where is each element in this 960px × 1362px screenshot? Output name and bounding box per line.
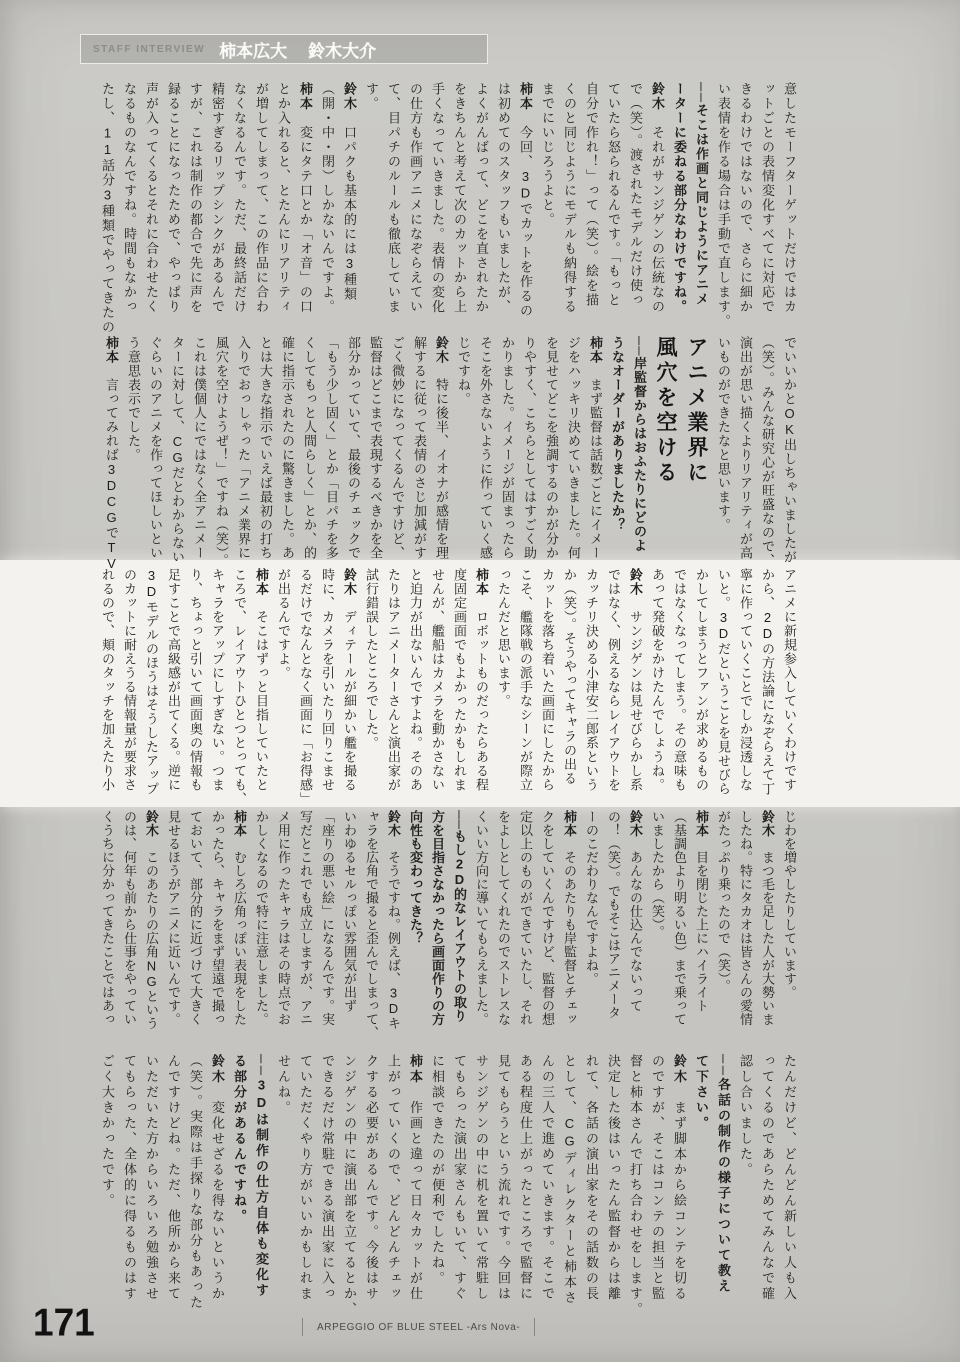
text-column: い表情を作る場合は手動で直します。	[712, 82, 734, 330]
text-column: ターに対して、CGだとわからない	[166, 336, 188, 564]
text-column: ていたら怒られるんです。「もっと	[602, 82, 624, 330]
text-column: これは僕個人にではなく全アニメー	[188, 336, 210, 564]
text-column: の仕方も作画アニメになぞらえてい	[404, 82, 426, 330]
text-column: す。	[360, 82, 382, 330]
text-column: ごく大きかったです。	[96, 1054, 118, 1318]
interviewer-question-line: ──そこは作画と同じようにアニメ	[690, 82, 712, 330]
text-column: すが、これは制作の都合で先に声を	[184, 82, 206, 330]
text-column: くのと同じようにモデルも納得する	[558, 82, 580, 330]
text-column: ンジゲンの中に演出部を立てるとか、	[338, 1054, 360, 1318]
text-column: サンジゲンの中に机を置いて常駐し	[470, 1054, 492, 1318]
speaker-text-column: 柿本 目を閉じた上にハイライト	[690, 810, 712, 1046]
speaker-text-column: 鈴木 まず脚本から絵コンテを切る	[668, 1054, 690, 1318]
text-column: キャラをアップにしすぎない。つま	[206, 568, 228, 806]
text-column: ってくるのであらためてみんなで確	[756, 1054, 778, 1318]
text-column: カットを落ち着いた画面にしたから	[536, 568, 558, 806]
text-column: ではなく、例えるならレイアウトを	[602, 568, 624, 806]
text-column: るだけでなんとなく画面に「お得感」	[294, 568, 316, 806]
text-column: ではなくなってしまう。その意味も	[668, 568, 690, 806]
speaker-text-column: 鈴木 変化せざるを得ないというか	[206, 1054, 228, 1318]
speaker-text-column: 柿本 まず監督は話数ごとにイメー	[584, 336, 606, 564]
text-column: ある程度仕上がったところで監督に	[514, 1054, 536, 1318]
text-column: 寧に作っていくことでしか浸透しな	[734, 568, 756, 806]
speaker-text-column: 鈴木 それがサンジゲンの伝統なの	[646, 82, 668, 330]
speaker-text-column: 柿本 そのあたりも岸監督とチェッ	[558, 810, 580, 1046]
page-number: 171	[33, 1301, 95, 1345]
text-column: かりました。イメージが固まったら	[496, 336, 518, 564]
text-column: の！（笑）。でもそこはアニメータ	[602, 810, 624, 1046]
text-column: じですね。	[452, 336, 474, 564]
text-column: 定以上のものができていたし、それ	[514, 810, 536, 1046]
text-column: りやすく、こちらとしてはすごく助	[518, 336, 540, 564]
text-column: 手くなっていきました。表情の変化	[426, 82, 448, 330]
interviewer-question-line: 向性も変わってきた？	[404, 810, 426, 1046]
speaker-text-column: 柿本 むしろ広角っぽい表現をした	[228, 810, 250, 1046]
text-column: ったんだと思います。	[492, 568, 514, 806]
text-column: ころで、レイアウトひとつとっても、	[228, 568, 250, 806]
text-column: 写だとこれでも成立しますが、アニ	[294, 810, 316, 1046]
text-column: よくがんばって、どこを直されたか	[470, 82, 492, 330]
text-column: で（笑）。渡されたモデルだけ使っ	[624, 82, 646, 330]
text-column: てもらった、全体的に得るものはす	[118, 1054, 140, 1318]
text-column: クをしていくんですけど、監督の想	[536, 810, 558, 1046]
text-column: をよしとしてくれたのでストレスな	[492, 810, 514, 1046]
speaker-text-column: 柿本 言ってみれば3DCGでTV	[100, 336, 122, 564]
text-column: 意したモーフターゲットだけではカ	[778, 82, 800, 330]
text-column: 見せるほうがアニメに近いんです。	[162, 810, 184, 1046]
text-column: れるので、頬のタッチを加えたり小	[96, 568, 118, 806]
text-column: ていただくやり方がいいかもしれま	[294, 1054, 316, 1318]
text-column: が増してしまって、この作品に合わ	[250, 82, 272, 330]
text-column: いただいた方からいろいろ勉強させ	[140, 1054, 162, 1318]
text-column: きるわけではないので、さらに細か	[734, 82, 756, 330]
text-column: のですが、そこはコンテの担当と監	[646, 1054, 668, 1318]
text-column: り、ちょっと引いて画面奥の情報も	[184, 568, 206, 806]
speaker-text-column: 鈴木 そうですね。例えば、3Dキ	[382, 810, 404, 1046]
text-column: カッチリ決める小津安二郎系という	[580, 568, 602, 806]
text-column: とは大きな指示でいえば最初の打ち	[254, 336, 276, 564]
text-column: くうちに分かってきたことではあっ	[96, 810, 118, 1046]
text-column: ーのこだわりなんですよね。	[580, 810, 602, 1046]
text-column: 度固定画面でもよかったかもしれま	[448, 568, 470, 806]
text-column: 入りでおっしゃった「アニメ業界に	[232, 336, 254, 564]
interview-text-band-2: でいいかとOK出しちゃいましたが（笑）。みんな研究心が旺盛なので、演出が思い描く…	[88, 336, 800, 564]
text-column: そこを外さないように作っていく感	[474, 336, 496, 564]
text-column: 「もう少し固く」とか「目パチを多	[320, 336, 342, 564]
text-column: んですけどね。ただ、他所から来て	[162, 1054, 184, 1318]
text-column: 認し合いました。	[734, 1054, 756, 1318]
interview-text-band-3: アニメに新規参入していくわけですから、2Dの方法論になぞらえて丁寧に作っていくこ…	[88, 568, 800, 806]
text-column: 時に、カメラを引いたり回りこませ	[316, 568, 338, 806]
text-column: んの三人で進めていきます。そこで	[536, 1054, 558, 1318]
text-column: かしてしまうとファンが求めるもの	[690, 568, 712, 806]
text-column: せんが、艦船はカメラを動かさない	[426, 568, 448, 806]
text-column: なくなるんです。ただ、最終話だけ	[228, 82, 250, 330]
staff-interview-header: STAFF INTERVIEW 柿本広大 × 鈴木大介	[80, 34, 488, 64]
text-column: なるものなんですね。時間もなかっ	[118, 82, 140, 330]
text-column: から、2Dの方法論になぞらえて丁	[756, 568, 778, 806]
text-column: くしてもっと人間らしく」とか、的	[298, 336, 320, 564]
speaker-text-column: 柿本 作画と違って日々カットが仕	[404, 1054, 426, 1318]
speaker-text-column: 鈴木 サンジゲンは見せびらかし系	[624, 568, 646, 806]
text-column: いものができたなと思います。	[712, 336, 734, 564]
text-column: に相談できたのが便利でしたね。	[426, 1054, 448, 1318]
text-column: がたっぷり乗ったので（笑）。	[712, 810, 734, 1046]
text-column: かったら、キャラをまず望遠で撮っ	[206, 810, 228, 1046]
text-column: たりはアニメーターさんと演出家が	[382, 568, 404, 806]
text-column: いわゆるセルっぽい雰囲気が出ず	[338, 810, 360, 1046]
speaker-text-column: 柿本 そこはずっと目指していたと	[250, 568, 272, 806]
text-column: のは、何年も前から仕事をやってい	[118, 810, 140, 1046]
text-column: までにいじろうよと。	[536, 82, 558, 330]
footer-title-box: ARPEGGIO OF BLUE STEEL -Ars Nova-	[302, 1318, 535, 1336]
text-column: う意思表示でした。	[122, 336, 144, 564]
text-column: （笑）。みんな研究心が旺盛なので、	[756, 336, 778, 564]
interviewer-question-line: ──各話の制作の様子について教え	[712, 1054, 734, 1318]
text-column: 風穴を空けようぜ！」ですね（笑）。	[210, 336, 232, 564]
text-column: 3Dモデルのほうはそうしたアップ	[140, 568, 162, 806]
text-column: （基調色より明るい色）まで乗って	[668, 810, 690, 1046]
text-column: 声が入ってくるとそれに合わせたく	[140, 82, 162, 330]
text-column: 演出が思い描くよりリアリティが高	[734, 336, 756, 564]
text-column: 試行錯誤したところでした。	[360, 568, 382, 806]
header-name-kakimoto: 柿本広大	[219, 37, 287, 62]
text-column: て、目パチのルールも徹底していま	[382, 82, 404, 330]
text-column: ジをハッキリ決めていきました。何	[562, 336, 584, 564]
text-column: （開・中・閉）しかないんですよ。	[316, 82, 338, 330]
header-name-suzuki: 鈴木大介	[308, 37, 376, 62]
text-column: ておいて、部分的に近づけて大きく	[184, 810, 206, 1046]
text-column: ットごとの表情変化すべてに対応で	[756, 82, 778, 330]
interview-text-band-4: じわを増やしたりしています。鈴木 まつ毛を足した人が大勢いましたね。特にタカオは…	[88, 810, 800, 1046]
text-column: ャラを広角で撮ると歪んでしまって、	[360, 810, 382, 1046]
speaker-text-column: 柿本 今回、3Dでカットを作るの	[514, 82, 536, 330]
speaker-text-column: 鈴木 ディテールが細かい艦を撮る	[338, 568, 360, 806]
speaker-text-column: 鈴木 特に後半、イオナが感情を理	[430, 336, 452, 564]
interviewer-question-line: 方を目指さなかったら画面作りの方	[426, 810, 448, 1046]
text-column: あって発破をかけたんでしょうね。	[646, 568, 668, 806]
interviewer-question-line: ──3Dは制作の仕方自体も変化す	[250, 1054, 272, 1318]
text-column: じわを増やしたりしています。	[778, 810, 800, 1046]
text-column: こそ、艦隊戦の派手なシーンが際立	[514, 568, 536, 806]
text-column: メ用に作ったキャラはその時点でお	[272, 810, 294, 1046]
speaker-text-column: 鈴木 このあたりの広角NGという	[140, 810, 162, 1046]
text-column: したね。特にタカオは皆さんの愛情	[734, 810, 756, 1046]
text-column: くいい方向に導いてもらえました。	[470, 810, 492, 1046]
magazine-page-scan: STAFF INTERVIEW 柿本広大 × 鈴木大介 意したモーフターゲットだ…	[0, 0, 960, 1362]
interviewer-question-line: うなオーダーがありましたか？	[606, 336, 628, 564]
text-column: 自分で作れ！」って（笑）。絵を描	[580, 82, 602, 330]
text-column: （笑）。実際は手探りな部分もあった	[184, 1054, 206, 1318]
interview-text-band-5: たんだけど、どんどん新しい人も入ってくるのであらためてみんなで確認し合いました。…	[88, 1054, 800, 1318]
speaker-text-column: 鈴木 あんなの仕込んでないって	[624, 810, 646, 1046]
text-column: は初めてのスタッフもいましたが、	[492, 82, 514, 330]
text-column: 足すことで高級感が出てくる。逆に	[162, 568, 184, 806]
footer-title-text: ARPEGGIO OF BLUE STEEL -Ars Nova-	[317, 1322, 520, 1333]
speaker-text-column: 鈴木 まつ毛を足した人が大勢いま	[756, 810, 778, 1046]
text-column: 見てもらうという流れです。今回は	[492, 1054, 514, 1318]
text-column: でいいかとOK出しちゃいましたが	[778, 336, 800, 564]
text-column: クする必要があるんです。今後はサ	[360, 1054, 382, 1318]
text-column: 解するに従って表情のさじ加減がす	[408, 336, 430, 564]
text-column: いと。3Dだということを見せびら	[712, 568, 734, 806]
text-column: をきちんと考えて次のカットから上	[448, 82, 470, 330]
text-column: ぐらいのアニメを作ってほしいとい	[144, 336, 166, 564]
text-column: アニメに新規参入していくわけです	[778, 568, 800, 806]
text-column: れて、各話の演出家をその話数の長	[580, 1054, 602, 1318]
text-column: 録ることになったためで、やっぱり	[162, 82, 184, 330]
text-column: のカットに耐えうる情報量が要求さ	[118, 568, 140, 806]
interviewer-question-line: ──もし2D的なレイアウトの取り	[448, 810, 470, 1046]
text-column: 決定した後はいったん監督からは離	[602, 1054, 624, 1318]
text-column: できるだけ常駐できる演出家に入っ	[316, 1054, 338, 1318]
text-column: が出るんですよ。	[272, 568, 294, 806]
text-column: か（笑）。そうやってキャラの出る	[558, 568, 580, 806]
text-column: 上がっていくので、どんどんチェッ	[382, 1054, 404, 1318]
text-column: と迫力が出ないんですよね。そのあ	[404, 568, 426, 806]
text-column: とか入れると、とたんにリアリティ	[272, 82, 294, 330]
text-column: として、CGディレクターと柿本さ	[558, 1054, 580, 1318]
section-heading-line: アニメ業界に	[681, 336, 712, 564]
text-column: てもらった演出家さんもいて、すぐ	[448, 1054, 470, 1318]
text-column: 確に指示されたのに驚きました。あ	[276, 336, 298, 564]
interviewer-question-line: る部分があるんですね。	[228, 1054, 250, 1318]
text-column: たんだけど、どんどん新しい人も入	[778, 1054, 800, 1318]
text-column: 精密すぎるリップシンクがあるんで	[206, 82, 228, 330]
text-column: 「座りの悪い絵」になるんです。実	[316, 810, 338, 1046]
interviewer-question-line: ーターに委ねる部分なわけですね。	[668, 82, 690, 330]
interviewer-question-line: て下さい。	[690, 1054, 712, 1318]
header-label: STAFF INTERVIEW	[93, 44, 205, 55]
header-separator: ×	[294, 42, 301, 56]
text-column: ごく微妙になってくるんですけど、	[386, 336, 408, 564]
section-heading-line: 風穴を空ける	[650, 336, 681, 564]
speaker-text-column: 柿本 ロボットものだったらある程	[470, 568, 492, 806]
text-column: 部分かっていて、最後のチェックで	[342, 336, 364, 564]
speaker-text-column: 鈴木 口パクも基本的には3種類	[338, 82, 360, 330]
interviewer-question-line: ──岸監督からはおふたりにどのよ	[628, 336, 650, 564]
text-column: 督と柿本さんで打ち合わせをします。	[624, 1054, 646, 1318]
speaker-text-column: 柿本 変にタテ口とか「オ音」の口	[294, 82, 316, 330]
text-column: せんね。	[272, 1054, 294, 1318]
text-column: たし、11話分3種類でやってきたの	[96, 82, 118, 330]
text-column: いましたから（笑）。	[646, 810, 668, 1046]
text-column: を見せてどこを強調するのかが分か	[540, 336, 562, 564]
text-column: かしくなるので特に注意しました。	[250, 810, 272, 1046]
text-column: 監督はどこまで表現するべきかを全	[364, 336, 386, 564]
interview-text-band-1: 意したモーフターゲットだけではカットごとの表情変化すべてに対応できるわけではない…	[88, 82, 800, 330]
